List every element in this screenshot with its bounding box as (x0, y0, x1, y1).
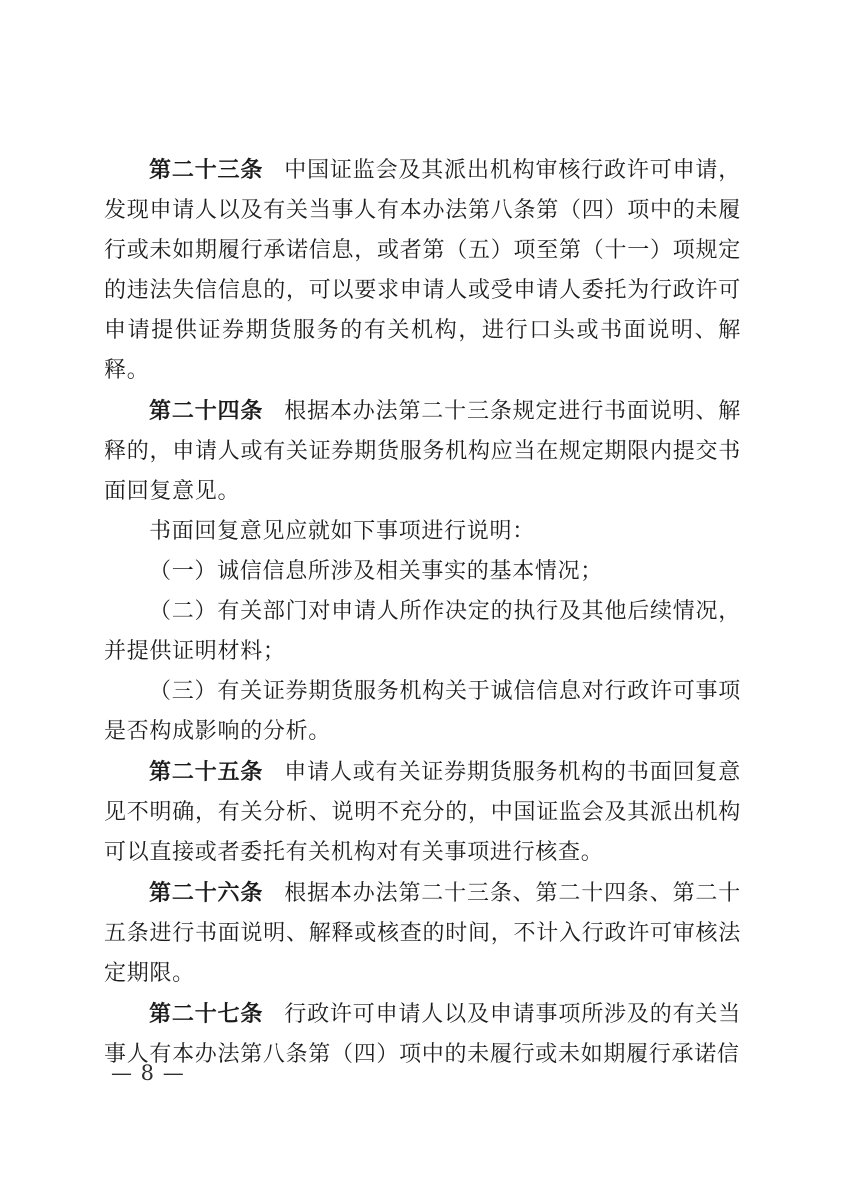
page-footer: — 8 — (111, 1059, 185, 1087)
paragraph: 书面回复意见应就如下事项进行说明： (104, 512, 741, 552)
paragraph: （二）有关部门对申请人所作决定的执行及其他后续情况，并提供证明材料； (104, 592, 741, 672)
paragraph: （一）诚信信息所涉及相关事实的基本情况； (104, 552, 741, 592)
article-paragraph: 第二十四条根据本办法第二十三条规定进行书面说明、解释的，申请人或有关证券期货服务… (104, 391, 741, 512)
paragraph-text: （二）有关部门对申请人所作决定的执行及其他后续情况，并提供证明材料； (104, 599, 741, 664)
paragraph-text: 书面回复意见应就如下事项进行说明： (149, 519, 535, 544)
article-number: 第二十四条 (149, 398, 263, 423)
article-paragraph: 第二十六条根据本办法第二十三条、第二十四条、第二十五条进行书面说明、解释或核查的… (104, 873, 741, 994)
paragraph-text: （三）有关证券期货服务机构关于诚信信息对行政许可事项是否构成影响的分析。 (104, 679, 741, 744)
article-number: 第二十七条 (149, 1001, 263, 1026)
paragraph: （三）有关证券期货服务机构关于诚信信息对行政许可事项是否构成影响的分析。 (104, 672, 741, 752)
page-number: — 8 — (111, 1061, 185, 1085)
article-number: 第二十六条 (149, 880, 263, 905)
paragraph-text: 中国证监会及其派出机构审核行政许可申请，发现申请人以及有关当事人有本办法第八条第… (104, 158, 741, 383)
paragraph-text: （一）诚信信息所涉及相关事实的基本情况； (149, 559, 603, 584)
article-paragraph: 第二十五条申请人或有关证券期货服务机构的书面回复意见不明确，有关分析、说明不充分… (104, 752, 741, 873)
article-paragraph: 第二十七条行政许可申请人以及申请事项所涉及的有关当事人有本办法第八条第（四）项中… (104, 994, 741, 1075)
article-paragraph: 第二十三条中国证监会及其派出机构审核行政许可申请，发现申请人以及有关当事人有本办… (104, 150, 741, 391)
document-page: 第二十三条中国证监会及其派出机构审核行政许可申请，发现申请人以及有关当事人有本办… (0, 0, 849, 1200)
article-number: 第二十三条 (149, 157, 263, 182)
document-body: 第二十三条中国证监会及其派出机构审核行政许可申请，发现申请人以及有关当事人有本办… (104, 150, 741, 1075)
article-number: 第二十五条 (149, 759, 263, 784)
